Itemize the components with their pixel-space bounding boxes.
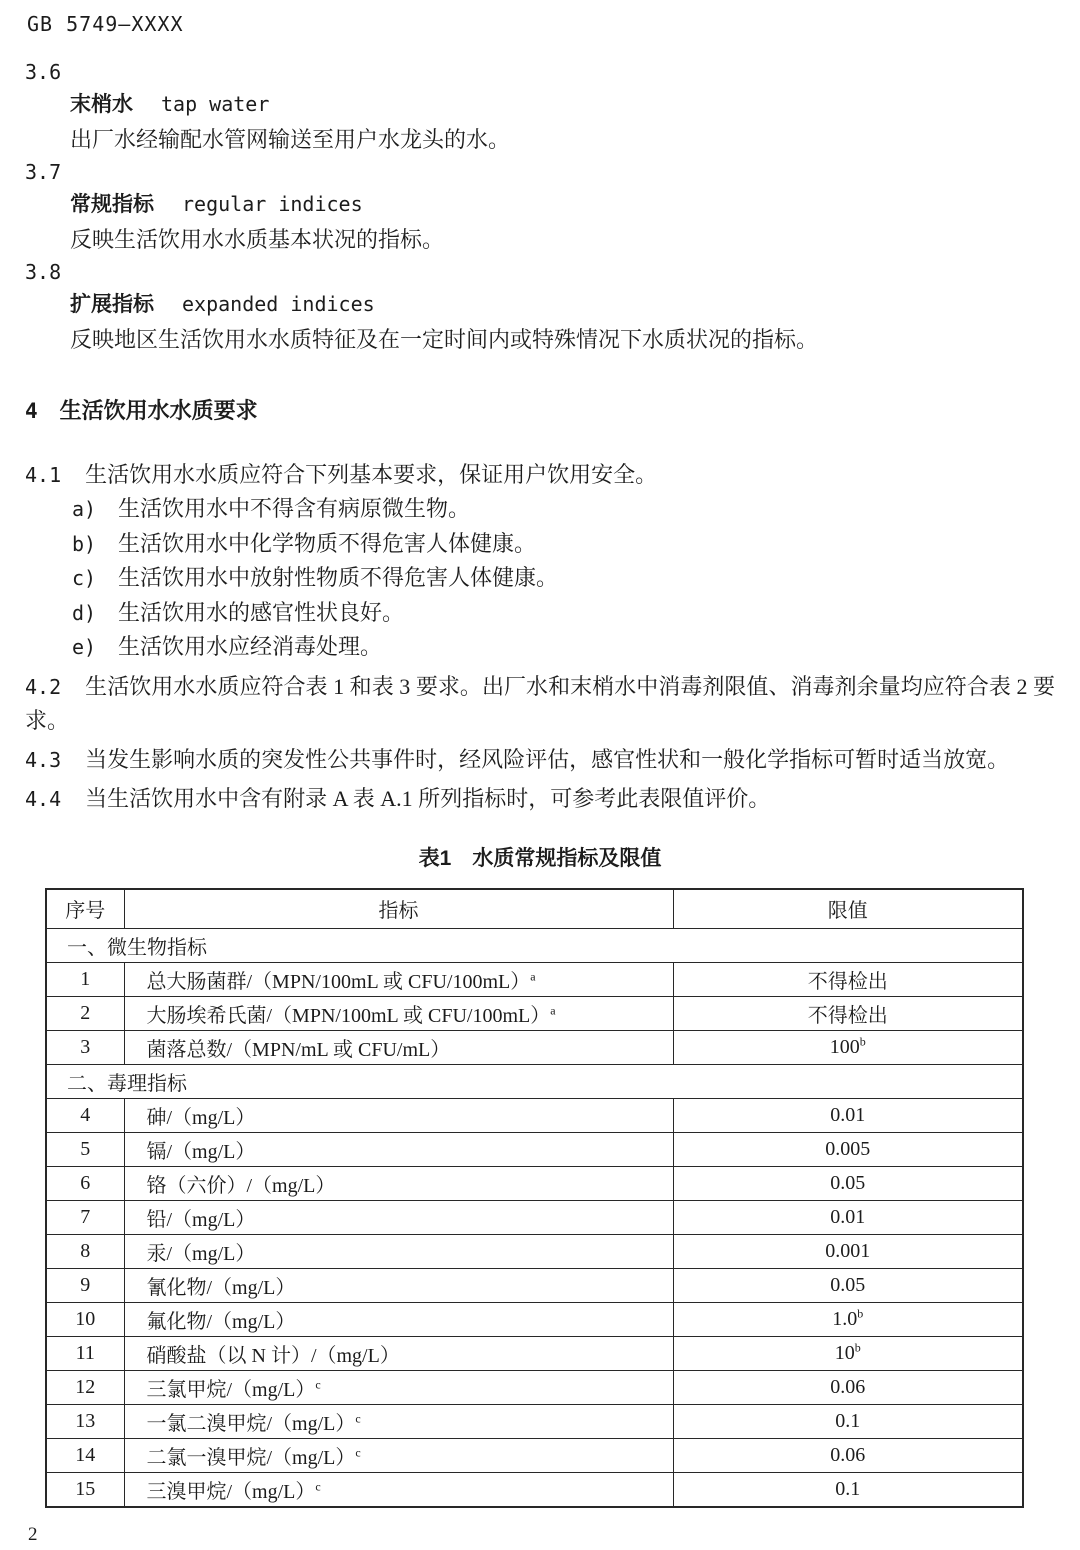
list-item-label: d) xyxy=(72,596,118,631)
footnote-marker: c xyxy=(315,1377,320,1391)
cell-limit-value: 0.01 xyxy=(673,1098,1023,1132)
cell-limit-value: 不得检出 xyxy=(673,996,1023,1030)
cell-index-name: 氟化物/（mg/L） xyxy=(124,1302,673,1336)
clause-text: 生活饮用水水质应符合表 1 和表 3 要求。出厂水和末梢水中消毒剂限值、消毒剂余… xyxy=(25,674,1055,733)
cell-index-name: 铅/（mg/L） xyxy=(124,1200,673,1234)
clause-4-3: 4.3当发生影响水质的突发性公共事件时，经风险评估，感官性状和一般化学指标可暂时… xyxy=(25,743,1055,777)
cell-limit-value: 0.05 xyxy=(673,1166,1023,1200)
footnote-marker: b xyxy=(860,1034,866,1048)
term-name-en: regular indices xyxy=(182,192,363,216)
table-row: 3菌落总数/（MPN/mL 或 CFU/mL）100b xyxy=(46,1030,1023,1064)
list-item-label: a) xyxy=(72,492,118,527)
list-item-label: c) xyxy=(72,561,118,596)
cell-limit-value: 1.0b xyxy=(673,1302,1023,1336)
clause-4-1: 4.1生活饮用水水质应符合下列基本要求，保证用户饮用安全。 xyxy=(25,458,1055,492)
term-block-3-6: 3.6 末梢水 tap water 出厂水经输配水管网输送至用户水龙头的水。 xyxy=(25,56,1055,156)
term-name-zh: 末梢水 xyxy=(70,93,133,116)
term-block-3-7: 3.7 常规指标 regular indices 反映生活饮用水水质基本状况的指… xyxy=(25,156,1055,256)
list-item: e)生活饮用水应经消毒处理。 xyxy=(25,630,1055,665)
cell-index-name: 镉/（mg/L） xyxy=(124,1132,673,1166)
term-heading: 末梢水 tap water xyxy=(25,88,1055,123)
cell-limit-value: 100b xyxy=(673,1030,1023,1064)
cell-index-name: 氰化物/（mg/L） xyxy=(124,1268,673,1302)
table1-body: 一、微生物指标1总大肠菌群/（MPN/100mL 或 CFU/100mL）a不得… xyxy=(46,928,1023,1507)
clause-number: 4.1 xyxy=(25,463,61,487)
clause-number: 4.2 xyxy=(25,675,61,699)
list-item-text: 生活饮用水中放射性物质不得危害人体健康。 xyxy=(118,565,558,590)
table-row: 9氰化物/（mg/L）0.05 xyxy=(46,1268,1023,1302)
table-category-title: 一、微生物指标 xyxy=(46,928,1023,962)
cell-limit-value: 0.005 xyxy=(673,1132,1023,1166)
term-heading: 常规指标 regular indices xyxy=(25,188,1055,223)
cell-limit-value: 10b xyxy=(673,1336,1023,1370)
list-item: d)生活饮用水的感官性状良好。 xyxy=(25,596,1055,631)
cell-serial-number: 3 xyxy=(46,1030,124,1064)
table-category-row: 一、微生物指标 xyxy=(46,928,1023,962)
clause-number: 4.4 xyxy=(25,787,61,811)
term-name-en: tap water xyxy=(161,92,269,116)
table-row: 15三溴甲烷/（mg/L）c0.1 xyxy=(46,1472,1023,1507)
cell-index-name: 二氯一溴甲烷/（mg/L）c xyxy=(124,1438,673,1472)
cell-serial-number: 1 xyxy=(46,962,124,996)
list-item: c)生活饮用水中放射性物质不得危害人体健康。 xyxy=(25,561,1055,596)
cell-limit-value: 0.05 xyxy=(673,1268,1023,1302)
cell-serial-number: 2 xyxy=(46,996,124,1030)
footnote-marker: c xyxy=(355,1445,360,1459)
clause-text: 当生活饮用水中含有附录 A 表 A.1 所列指标时，可参考此表限值评价。 xyxy=(85,786,770,811)
term-name-zh: 常规指标 xyxy=(70,193,154,216)
cell-serial-number: 13 xyxy=(46,1404,124,1438)
cell-index-name: 三氯甲烷/（mg/L）c xyxy=(124,1370,673,1404)
table-row: 10氟化物/（mg/L）1.0b xyxy=(46,1302,1023,1336)
cell-limit-value: 0.1 xyxy=(673,1404,1023,1438)
cell-index-name: 一氯二溴甲烷/（mg/L）c xyxy=(124,1404,673,1438)
cell-serial-number: 10 xyxy=(46,1302,124,1336)
cell-limit-value: 不得检出 xyxy=(673,962,1023,996)
section-title: 生活饮用水水质要求 xyxy=(60,398,258,423)
list-item: a)生活饮用水中不得含有病原微生物。 xyxy=(25,492,1055,527)
table1-regular-indices: 序号 指标 限值 一、微生物指标1总大肠菌群/（MPN/100mL 或 CFU/… xyxy=(45,888,1024,1508)
footnote-marker: b xyxy=(855,1340,861,1354)
table-row: 4砷/（mg/L）0.01 xyxy=(46,1098,1023,1132)
table-row: 7铅/（mg/L）0.01 xyxy=(46,1200,1023,1234)
cell-index-name: 大肠埃希氏菌/（MPN/100mL 或 CFU/100mL）a xyxy=(124,996,673,1030)
table-row: 1总大肠菌群/（MPN/100mL 或 CFU/100mL）a不得检出 xyxy=(46,962,1023,996)
term-heading: 扩展指标 expanded indices xyxy=(25,288,1055,323)
cell-limit-value: 0.01 xyxy=(673,1200,1023,1234)
clause-number: 4.3 xyxy=(25,748,61,772)
table-header-row: 序号 指标 限值 xyxy=(46,889,1023,929)
table1-caption: 表1 水质常规指标及限值 xyxy=(25,842,1055,872)
list-item-text: 生活饮用水中不得含有病原微生物。 xyxy=(118,496,470,521)
list-item-text: 生活饮用水的感官性状良好。 xyxy=(118,600,404,625)
table-row: 11硝酸盐（以 N 计）/（mg/L）10b xyxy=(46,1336,1023,1370)
clause-text: 当发生影响水质的突发性公共事件时，经风险评估，感官性状和一般化学指标可暂时适当放… xyxy=(85,747,1009,772)
footnote-marker: c xyxy=(315,1479,320,1493)
column-header-index: 指标 xyxy=(124,889,673,929)
term-name-zh: 扩展指标 xyxy=(70,293,154,316)
cell-serial-number: 8 xyxy=(46,1234,124,1268)
cell-serial-number: 5 xyxy=(46,1132,124,1166)
cell-serial-number: 9 xyxy=(46,1268,124,1302)
term-definition: 反映地区生活饮用水水质特征及在一定时间内或特殊情况下水质状况的指标。 xyxy=(25,323,1055,356)
table-category-title: 二、毒理指标 xyxy=(46,1064,1023,1098)
table-row: 6铬（六价）/（mg/L）0.05 xyxy=(46,1166,1023,1200)
table-row: 12三氯甲烷/（mg/L）c0.06 xyxy=(46,1370,1023,1404)
list-item-label: e) xyxy=(72,630,118,665)
section-4-heading: 4生活饮用水水质要求 xyxy=(25,396,1055,426)
list-item: b)生活饮用水中化学物质不得危害人体健康。 xyxy=(25,527,1055,562)
table-category-row: 二、毒理指标 xyxy=(46,1064,1023,1098)
clause-4-2: 4.2生活饮用水水质应符合表 1 和表 3 要求。出厂水和末梢水中消毒剂限值、消… xyxy=(25,670,1055,738)
cell-index-name: 三溴甲烷/（mg/L）c xyxy=(124,1472,673,1507)
cell-serial-number: 6 xyxy=(46,1166,124,1200)
clause-text: 生活饮用水水质应符合下列基本要求，保证用户饮用安全。 xyxy=(85,462,657,487)
footnote-marker: c xyxy=(355,1411,360,1425)
table-row: 13一氯二溴甲烷/（mg/L）c0.1 xyxy=(46,1404,1023,1438)
footnote-marker: b xyxy=(857,1306,863,1320)
cell-index-name: 汞/（mg/L） xyxy=(124,1234,673,1268)
cell-limit-value: 0.06 xyxy=(673,1438,1023,1472)
page-number: 2 xyxy=(28,1524,38,1546)
section-4-clauses: 4.1生活饮用水水质应符合下列基本要求，保证用户饮用安全。 a)生活饮用水中不得… xyxy=(25,458,1055,816)
cell-serial-number: 15 xyxy=(46,1472,124,1507)
list-item-label: b) xyxy=(72,527,118,562)
table-row: 2大肠埃希氏菌/（MPN/100mL 或 CFU/100mL）a不得检出 xyxy=(46,996,1023,1030)
standard-code-header: GB 5749—XXXX xyxy=(27,12,1055,36)
term-definition: 出厂水经输配水管网输送至用户水龙头的水。 xyxy=(25,123,1055,156)
term-block-3-8: 3.8 扩展指标 expanded indices 反映地区生活饮用水水质特征及… xyxy=(25,256,1055,356)
cell-index-name: 砷/（mg/L） xyxy=(124,1098,673,1132)
cell-serial-number: 11 xyxy=(46,1336,124,1370)
cell-serial-number: 7 xyxy=(46,1200,124,1234)
term-number: 3.8 xyxy=(25,256,1055,288)
footnote-marker: a xyxy=(550,1003,555,1017)
cell-index-name: 硝酸盐（以 N 计）/（mg/L） xyxy=(124,1336,673,1370)
cell-limit-value: 0.001 xyxy=(673,1234,1023,1268)
table-row: 5镉/（mg/L）0.005 xyxy=(46,1132,1023,1166)
list-item-text: 生活饮用水应经消毒处理。 xyxy=(118,634,382,659)
column-header-limit: 限值 xyxy=(673,889,1023,929)
cell-index-name: 菌落总数/（MPN/mL 或 CFU/mL） xyxy=(124,1030,673,1064)
list-item-text: 生活饮用水中化学物质不得危害人体健康。 xyxy=(118,531,536,556)
table1-header: 序号 指标 限值 xyxy=(46,889,1023,929)
cell-serial-number: 14 xyxy=(46,1438,124,1472)
cell-limit-value: 0.06 xyxy=(673,1370,1023,1404)
cell-limit-value: 0.1 xyxy=(673,1472,1023,1507)
clause-4-4: 4.4当生活饮用水中含有附录 A 表 A.1 所列指标时，可参考此表限值评价。 xyxy=(25,782,1055,816)
cell-index-name: 铬（六价）/（mg/L） xyxy=(124,1166,673,1200)
term-name-en: expanded indices xyxy=(182,292,375,316)
table-row: 14二氯一溴甲烷/（mg/L）c0.06 xyxy=(46,1438,1023,1472)
table-row: 8汞/（mg/L）0.001 xyxy=(46,1234,1023,1268)
cell-serial-number: 12 xyxy=(46,1370,124,1404)
footnote-marker: a xyxy=(530,969,535,983)
document-page: GB 5749—XXXX 3.6 末梢水 tap water 出厂水经输配水管网… xyxy=(0,0,1080,1508)
term-definition: 反映生活饮用水水质基本状况的指标。 xyxy=(25,223,1055,256)
cell-index-name: 总大肠菌群/（MPN/100mL 或 CFU/100mL）a xyxy=(124,962,673,996)
clause-4-1-item-list: a)生活饮用水中不得含有病原微生物。 b)生活饮用水中化学物质不得危害人体健康。… xyxy=(25,492,1055,665)
term-number: 3.7 xyxy=(25,156,1055,188)
section-number: 4 xyxy=(25,399,38,423)
term-number: 3.6 xyxy=(25,56,1055,88)
column-header-no: 序号 xyxy=(46,889,124,929)
cell-serial-number: 4 xyxy=(46,1098,124,1132)
